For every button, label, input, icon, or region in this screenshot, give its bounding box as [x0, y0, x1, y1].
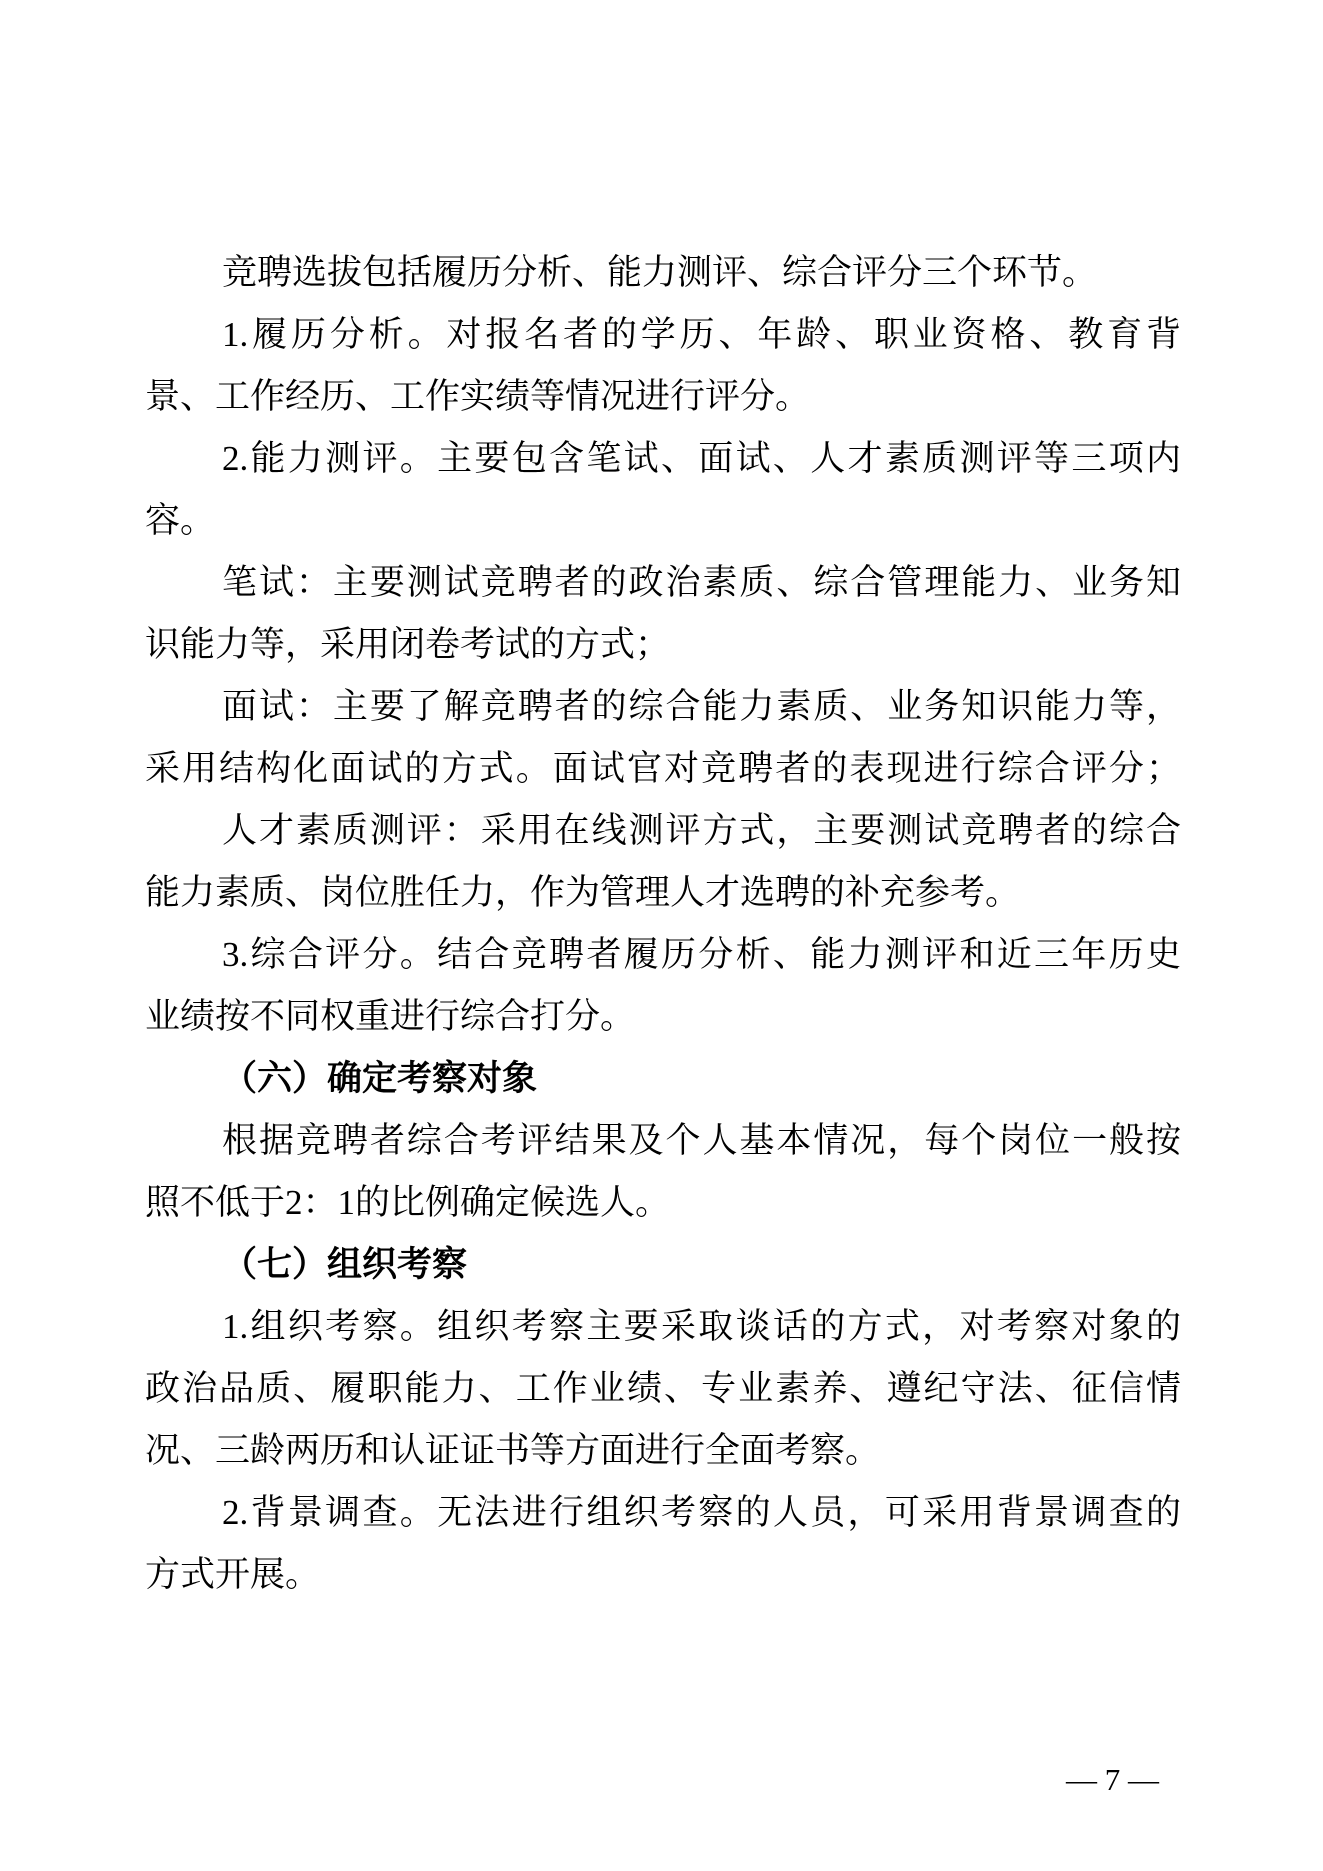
section-heading-six: （六）确定考察对象: [145, 1048, 1181, 1110]
text-line: 人才素质测评：采用在线测评方式，主要测试竞聘者的综合: [145, 800, 1181, 862]
section-heading-seven: （七）组织考察: [145, 1234, 1181, 1296]
text-line: 1.组织考察。组织考察主要采取谈话的方式，对考察对象的: [145, 1296, 1181, 1358]
text-line: 容。: [145, 490, 1181, 552]
text-line: 采用结构化面试的方式。面试官对竞聘者的表现进行综合评分；: [145, 738, 1181, 800]
text-line: 2.能力测评。主要包含笔试、面试、人才素质测评等三项内: [145, 428, 1181, 490]
text-line: 能力素质、岗位胜任力，作为管理人才选聘的补充参考。: [145, 862, 1181, 924]
text-line: 照不低于2：1的比例确定候选人。: [145, 1172, 1181, 1234]
text-line: 面试：主要了解竞聘者的综合能力素质、业务知识能力等，: [145, 676, 1181, 738]
text-line: 景、工作经历、工作实绩等情况进行评分。: [145, 366, 1181, 428]
text-line: 业绩按不同权重进行综合打分。: [145, 986, 1181, 1048]
text-line: 2.背景调查。无法进行组织考察的人员，可采用背景调查的: [145, 1482, 1181, 1544]
document-body: 竞聘选拔包括履历分析、能力测评、综合评分三个环节。 1.履历分析。对报名者的学历…: [145, 242, 1181, 1606]
text-line: 方式开展。: [145, 1544, 1181, 1606]
text-line: 根据竞聘者综合考评结果及个人基本情况，每个岗位一般按: [145, 1110, 1181, 1172]
page-number: — 7 —: [1066, 1760, 1159, 1800]
document-page: 竞聘选拔包括履历分析、能力测评、综合评分三个环节。 1.履历分析。对报名者的学历…: [0, 0, 1323, 1871]
text-line: 笔试：主要测试竞聘者的政治素质、综合管理能力、业务知: [145, 552, 1181, 614]
text-line: 1.履历分析。对报名者的学历、年龄、职业资格、教育背: [145, 304, 1181, 366]
text-line: 政治品质、履职能力、工作业绩、专业素养、遵纪守法、征信情: [145, 1358, 1181, 1420]
text-line: 况、三龄两历和认证证书等方面进行全面考察。: [145, 1420, 1181, 1482]
text-line: 3.综合评分。结合竞聘者履历分析、能力测评和近三年历史: [145, 924, 1181, 986]
text-line: 识能力等，采用闭卷考试的方式；: [145, 614, 1181, 676]
text-line: 竞聘选拔包括履历分析、能力测评、综合评分三个环节。: [145, 242, 1181, 304]
